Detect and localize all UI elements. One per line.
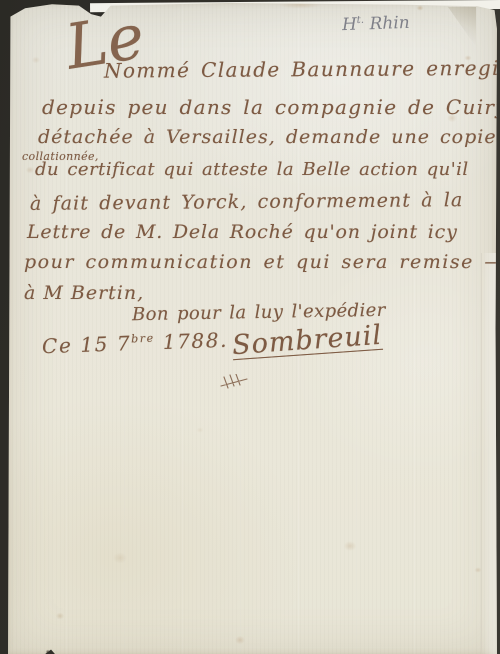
- pen-flourish-mark: [220, 374, 250, 394]
- letter-line: pour communication et qui sera remise —: [24, 251, 500, 273]
- pencil-annotation: Ht. Rhin: [342, 13, 410, 35]
- handwriting-layer: Ht. Rhin Le Nommé Claude Baunnaure enreg…: [8, 3, 497, 654]
- paper-sheet: Ht. Rhin Le Nommé Claude Baunnaure enreg…: [8, 3, 497, 654]
- signature: Sombreuil: [231, 320, 383, 361]
- letter-line: depuis peu dans la compagnie de Cuiry ——: [42, 95, 500, 119]
- letter-line: Lettre de M. Dela Roché qu'on joint icy: [27, 221, 458, 243]
- annotation-superscript: t.: [357, 15, 365, 26]
- letter-line: à M Bertin,: [24, 282, 144, 304]
- annotation-word: Rhin: [369, 13, 410, 34]
- letter-line-opening: Nommé Claude Baunnaure enregistré—: [104, 55, 500, 82]
- date-prefix: Ce 15 7: [42, 331, 132, 358]
- crosshatch-icon: [220, 374, 250, 390]
- date-year: 1788.: [154, 328, 228, 355]
- letter-line: à fait devant Yorck, conformement à la: [30, 189, 464, 215]
- date-line: Ce 15 7bre 1788.: [42, 328, 229, 358]
- date-superscript: bre: [131, 332, 155, 346]
- letter-line: détachée à Versailles, demande une copie: [38, 126, 497, 148]
- photo-backdrop: Ht. Rhin Le Nommé Claude Baunnaure enreg…: [0, 0, 500, 654]
- letter-line: du certificat qui atteste la Belle actio…: [35, 159, 469, 180]
- annotation-letter: H: [342, 15, 358, 36]
